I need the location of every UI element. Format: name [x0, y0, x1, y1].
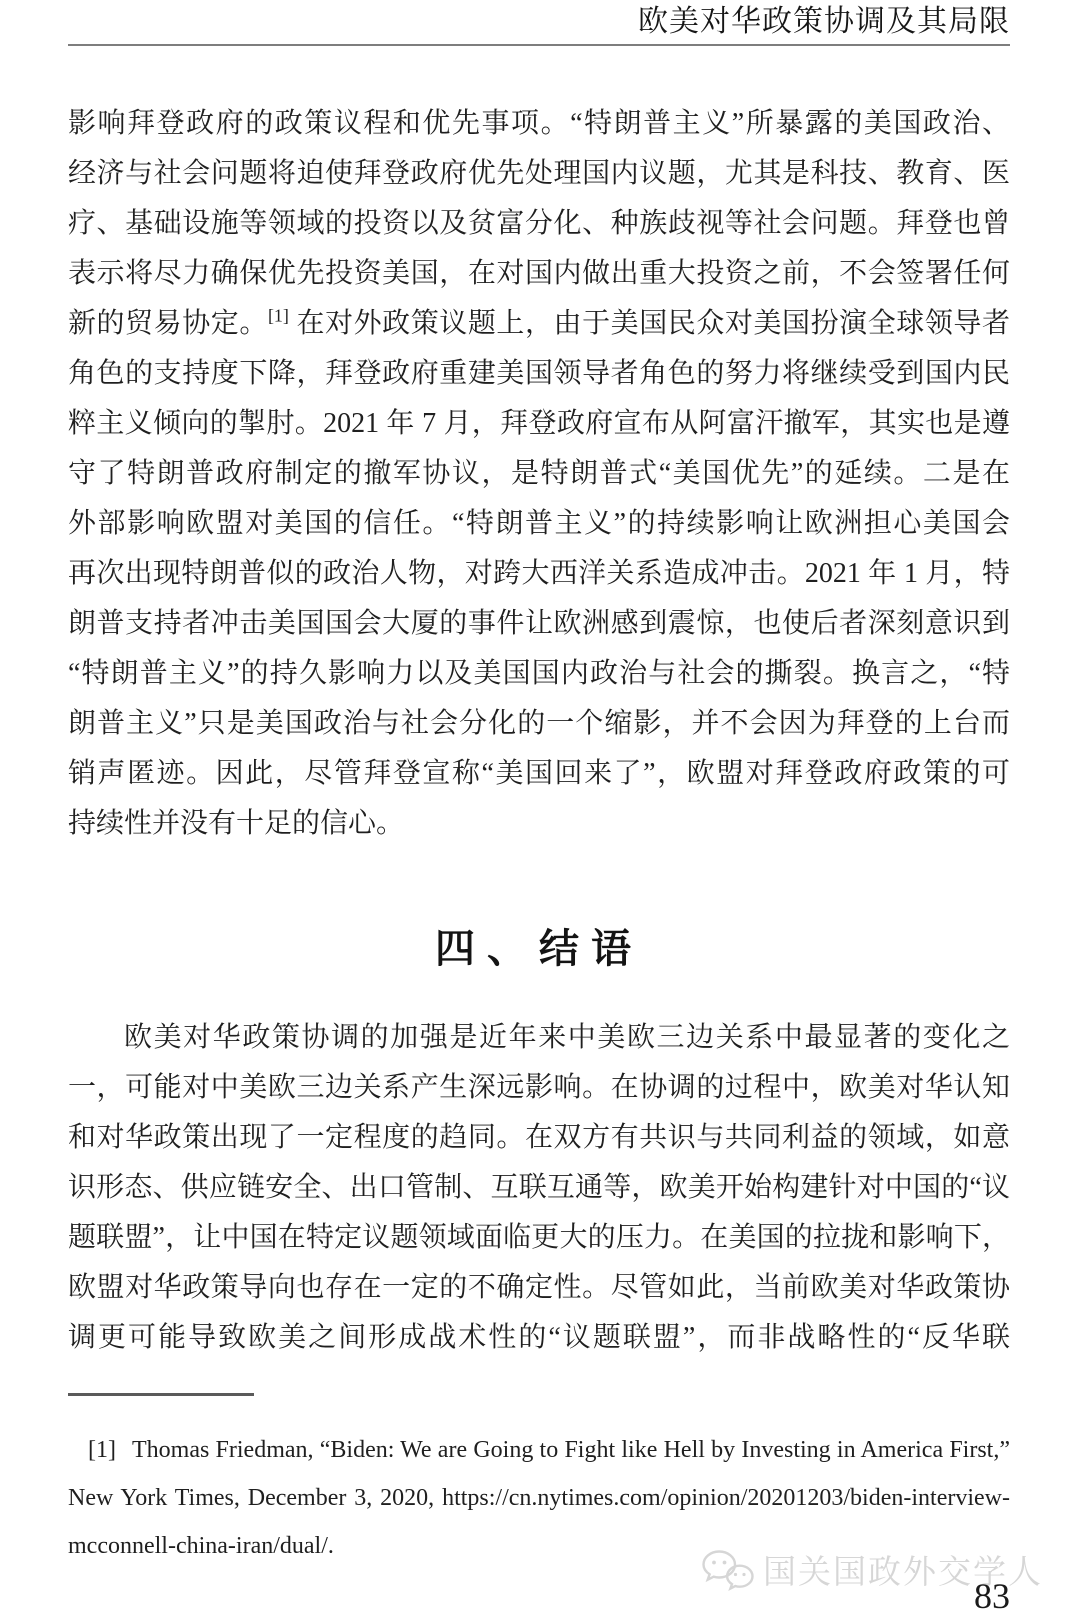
wechat-logo-icon	[701, 1548, 755, 1592]
text-line: 经济与社会问题将迫使拜登政府优先处理国内议题，尤其是科技、教育、医	[68, 149, 1010, 199]
text-line: 调更可能导致欧美之间形成战术性的“议题联盟”，而非战略性的“反华联盟”。	[68, 1313, 1010, 1363]
text-line: 识形态、供应链安全、出口管制、互联互通等，欧美开始构建针对中国的“议	[68, 1163, 1010, 1213]
text-line: 和对华政策出现了一定程度的趋同。在双方有共识与共同利益的领域，如意	[68, 1113, 1010, 1163]
text-line: 守了特朗普政府制定的撤军协议，是特朗普式“美国优先”的延续。二是在	[68, 449, 1010, 499]
text-line: 题联盟”，让中国在特定议题领域面临更大的压力。在美国的拉拢和影响下，	[68, 1213, 1010, 1263]
text-line: 欧美对华政策协调的加强是近年来中美欧三边关系中最显著的变化之	[68, 1013, 1010, 1063]
paragraph-2: 欧美对华政策协调的加强是近年来中美欧三边关系中最显著的变化之 一，可能对中美欧三…	[68, 1013, 1010, 1363]
text-line: 朗普主义”只是美国政治与社会分化的一个缩影，并不会因为拜登的上台而	[68, 699, 1010, 749]
text-line: 角色的支持度下降，拜登政府重建美国领导者角色的努力将继续受到国内民	[68, 349, 1010, 399]
text-line: 粹主义倾向的掣肘。2021 年 7 月，拜登政府宣布从阿富汗撤军，其实也是遵	[68, 399, 1010, 449]
running-head-title: 欧美对华政策协调及其局限	[68, 0, 1010, 41]
header-rule	[68, 44, 1010, 46]
footnote-text: Thomas Friedman, “Biden: We are Going to…	[132, 1437, 1010, 1463]
text-line: 外部影响欧盟对美国的信任。“特朗普主义”的持续影响让欧洲担心美国会	[68, 499, 1010, 549]
footnote-ref-marker: [1]	[268, 306, 289, 326]
text-line: 销声匿迹。因此，尽管拜登宣称“美国回来了”，欧盟对拜登政府政策的可	[68, 749, 1010, 799]
footnote-line: New York Times, December 3, 2020, https:…	[68, 1474, 1010, 1522]
text-line: 疗、基础设施等领域的投资以及贫富分化、种族歧视等社会问题。拜登也曾	[68, 199, 1010, 249]
text-line: “特朗普主义”的持久影响力以及美国国内政治与社会的撕裂。换言之，“特	[68, 649, 1010, 699]
section-heading-conclusion: 四、结语	[68, 919, 1010, 979]
text-line: 欧盟对华政策导向也存在一定的不确定性。尽管如此，当前欧美对华政策协	[68, 1263, 1010, 1313]
paragraph-1: 影响拜登政府的政策议程和优先事项。“特朗普主义”所暴露的美国政治、 经济与社会问…	[68, 99, 1010, 849]
text-line: 表示将尽力确保优先投资美国，在对国内做出重大投资之前，不会签署任何	[68, 249, 1010, 299]
text-line: 一，可能对中美欧三边关系产生深远影响。在协调的过程中，欧美对华认知	[68, 1063, 1010, 1113]
text-line: 持续性并没有十足的信心。	[68, 799, 1010, 849]
page-number: 83	[974, 1578, 1010, 1614]
document-page: 欧美对华政策协调及其局限 影响拜登政府的政策议程和优先事项。“特朗普主义”所暴露…	[0, 0, 1080, 1620]
footnote-line: [1]Thomas Friedman, “Biden: We are Going…	[68, 1426, 1010, 1474]
content-column: 欧美对华政策协调及其局限 影响拜登政府的政策议程和优先事项。“特朗普主义”所暴露…	[68, 0, 1010, 1570]
text-line: 朗普支持者冲击美国国会大厦的事件让欧洲感到震惊，也使后者深刻意识到	[68, 599, 1010, 649]
footnote-separator-rule	[68, 1393, 254, 1396]
text-segment: 在对外政策议题上，由于美国民众对美国扮演全球领导者	[289, 308, 1010, 339]
text-line: 影响拜登政府的政策议程和优先事项。“特朗普主义”所暴露的美国政治、	[68, 99, 1010, 149]
footnote-marker: [1]	[88, 1437, 116, 1463]
text-line: 再次出现特朗普似的政治人物，对跨大西洋关系造成冲击。2021 年 1 月，特	[68, 549, 1010, 599]
text-line-with-footnote-ref: 新的贸易协定。[1] 在对外政策议题上，由于美国民众对美国扮演全球领导者	[68, 299, 1010, 349]
text-segment: 新的贸易协定。	[68, 308, 268, 339]
